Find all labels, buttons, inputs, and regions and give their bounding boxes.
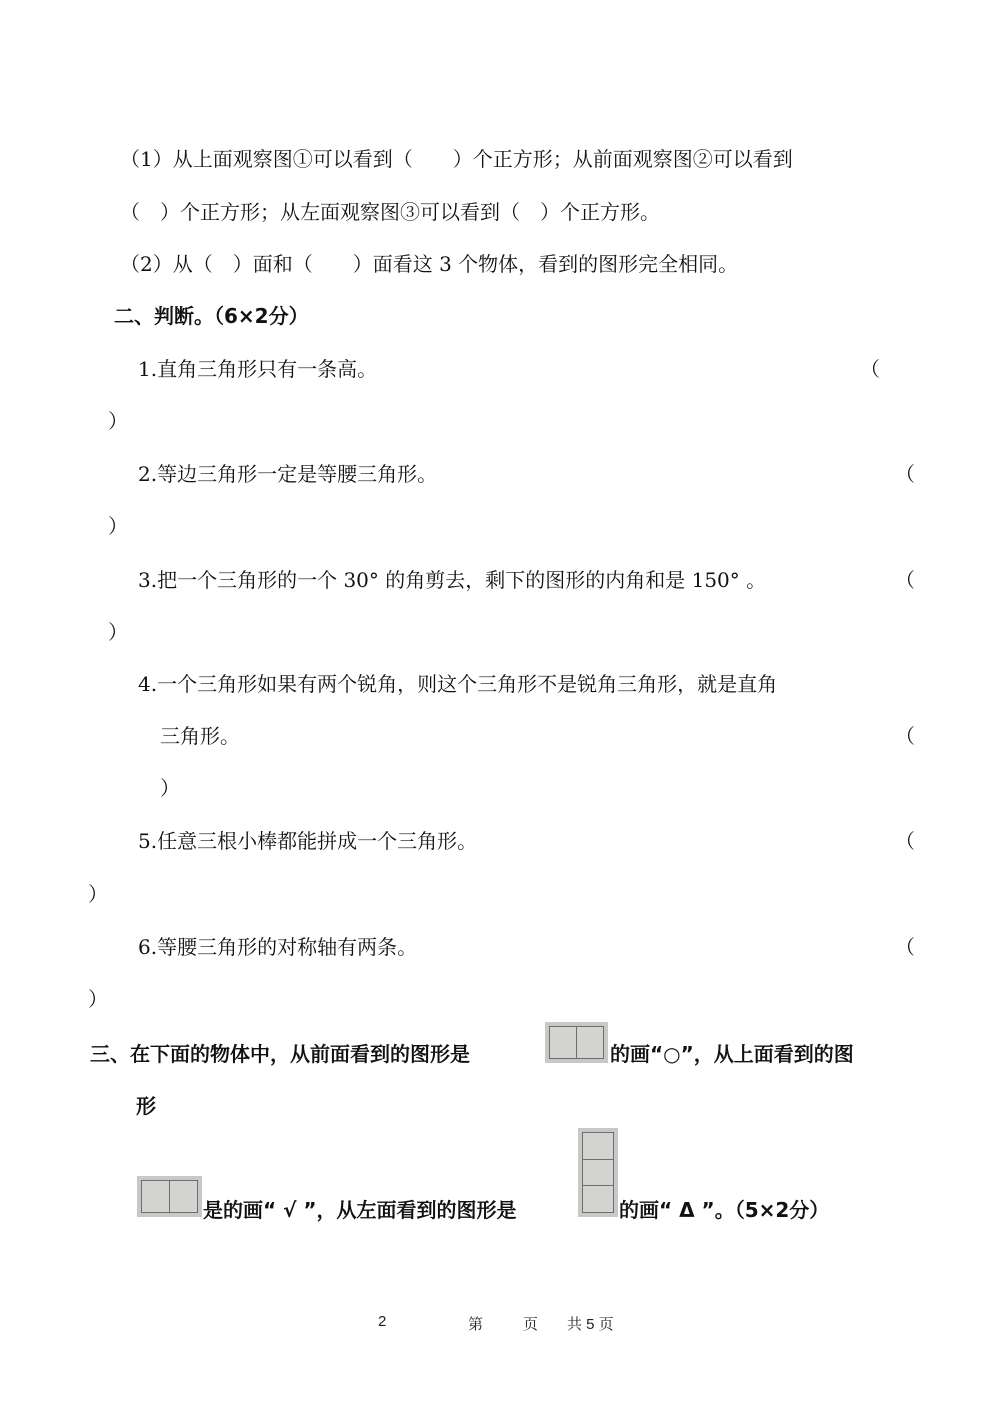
judge-item-1: 1.直角三角形只有一条高。 [138,355,377,383]
judge-item-4-answer-open[interactable]: （ [895,722,915,750]
q2-line: （2）从（ ）面和（ ）面看这 3 个物体，看到的图形完全相同。 [120,250,738,278]
judge-item-2: 2.等边三角形一定是等腰三角形。 [138,460,437,488]
judge-item-3-answer-close: ） [108,618,128,646]
judge-item-2-answer-open[interactable]: （ [895,460,915,488]
front-view-figure [545,1022,608,1063]
judge-item-3: 3.把一个三角形的一个 30° 的角剪去，剩下的图形的内角和是 150° 。 [138,566,766,594]
judge-item-2-answer-close: ） [108,512,128,540]
section3-heading-part1: 三、在下面的物体中，从前面看到的图形是 [90,1040,470,1068]
judge-item-5-answer-open[interactable]: （ [895,827,915,855]
judge-item-1-answer-open[interactable]: （ [860,355,880,383]
q1-line1: （1）从上面观察图①可以看到（ ）个正方形；从前面观察图②可以看到 [120,145,793,173]
footer-ye: 页 [523,1313,538,1334]
judge-item-5-answer-close: ） [88,880,108,908]
footer-di: 第 [468,1313,483,1334]
section2-heading: 二、判断。（6×2分） [114,302,309,330]
footer-total-pages: 共 5 页 [567,1313,614,1334]
page-number: 2 [378,1313,386,1330]
left-view-figure [578,1128,618,1217]
judge-item-4: 4.一个三角形如果有两个锐角，则这个三角形不是锐角三角形，就是直角 [138,670,777,698]
judge-item-3-answer-open[interactable]: （ [895,566,915,594]
section3-line3-part2: 的画“ Δ ”。（5×2分） [619,1196,829,1224]
judge-item-5: 5.任意三根小棒都能拼成一个三角形。 [138,827,477,855]
judge-item-4-cont: 三角形。 [160,722,240,750]
judge-item-6-answer-open[interactable]: （ [895,933,915,961]
section3-heading-part2: 的画“○”，从上面看到的图 [610,1040,854,1068]
top-view-figure [137,1176,202,1217]
judge-item-6-answer-close: ） [88,985,108,1013]
section3-heading-line2: 形 [136,1092,156,1120]
q1-line2: （ ）个正方形；从左面观察图③可以看到（ ）个正方形。 [120,198,660,226]
judge-item-1-answer-close: ） [108,407,128,435]
judge-item-4-answer-close: ） [160,774,180,802]
section3-line3-part1: 是的画“ √ ”，从左面看到的图形是 [203,1196,517,1224]
judge-item-6: 6.等腰三角形的对称轴有两条。 [138,933,417,961]
